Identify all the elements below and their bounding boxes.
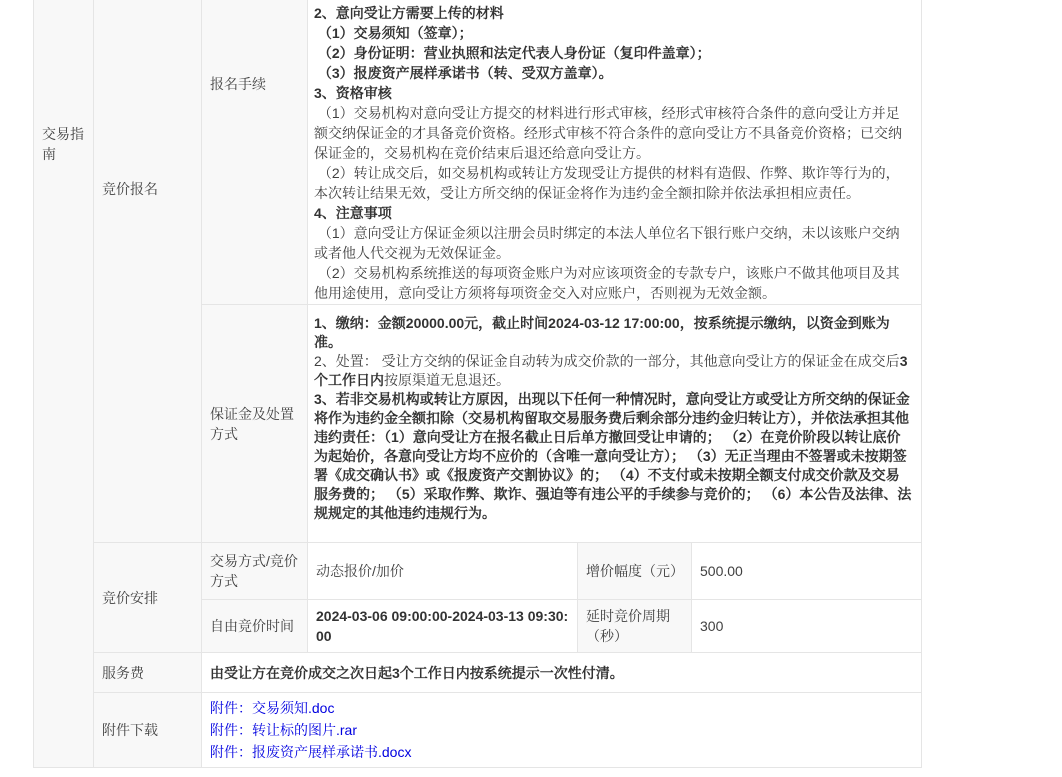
paragraph: 2、处置： 受让方交纳的保证金自动转为成交价款的一部分，其他意向受让方的保证金在… xyxy=(314,352,913,390)
delay-cycle-value: 300 xyxy=(692,618,921,634)
deposit-label: 保证金及处置方式 xyxy=(202,404,307,444)
trade-mode-value-cell: 动态报价/加价 xyxy=(308,543,578,600)
delay-cycle-label-cell: 延时竞价周期（秒） xyxy=(578,600,692,653)
guide-label: 交易指南 xyxy=(42,124,87,164)
free-bidding-time-label: 自由竞价时间 xyxy=(202,616,300,636)
registration-procedure-content: 2、意向受让方需要上传的材料 （1）交易须知（签章）； （2）身份证明：营业执照… xyxy=(308,0,922,305)
bidding-arrangement-cell: 竞价安排 xyxy=(94,543,202,653)
free-bidding-time-value-cell: 2024-03-06 09:00:00-2024-03-13 09:30:00 xyxy=(308,600,578,653)
deposit-content: 1、缴纳：金额20000.00元，截止时间2024-03-12 17:00:00… xyxy=(308,305,922,543)
paragraph: （1）交易须知（签章）； xyxy=(314,23,913,43)
bidding-registration-cell: 竞价报名 xyxy=(94,0,202,543)
increment-value-cell: 500.00 xyxy=(692,543,922,600)
attachments-content-cell: 附件：交易须知.doc附件：转让标的图片.rar附件：报废资产展样承诺书.doc… xyxy=(202,693,922,768)
attachment-link[interactable]: 附件：交易须知.doc xyxy=(210,697,913,719)
paragraph: （2）交易机构系统推送的每项资金账户为对应该项资金的专款专户，该账户不做其他项目… xyxy=(314,263,913,303)
paragraph: （2）身份证明：营业执照和法定代表人身份证（复印件盖章）； xyxy=(314,43,913,63)
registration-procedure-label: 报名手续 xyxy=(210,74,301,94)
free-bidding-time-label-cell: 自由竞价时间 xyxy=(202,600,308,653)
bidding-registration-label: 竞价报名 xyxy=(102,179,195,199)
increment-value: 500.00 xyxy=(692,563,921,579)
registration-procedure-label-cell: 报名手续 xyxy=(202,0,308,305)
paragraph: 4、注意事项 xyxy=(314,203,913,223)
trade-mode-label-cell: 交易方式/竞价方式 xyxy=(202,543,308,600)
paragraph: （2）转让成交后，如交易机构或转让方发现受让方提供的材料有造假、作弊、欺诈等行为… xyxy=(314,163,913,203)
delay-cycle-value-cell: 300 xyxy=(692,600,922,653)
paragraph: 3、若非交易机构或转让方原因，出现以下任何一种情况时，意向受让方或受让方所交纳的… xyxy=(314,390,913,523)
delay-cycle-label: 延时竞价周期（秒） xyxy=(578,606,691,646)
bidding-arrangement-label: 竞价安排 xyxy=(94,588,164,608)
service-fee-label-cell: 服务费 xyxy=(94,653,202,693)
increment-label: 增价幅度（元） xyxy=(578,561,690,581)
deposit-label-cell: 保证金及处置方式 xyxy=(202,305,308,543)
trade-mode-value: 动态报价/加价 xyxy=(308,561,577,581)
attachment-link[interactable]: 附件：报废资产展样承诺书.docx xyxy=(210,741,913,763)
service-fee-label: 服务费 xyxy=(94,663,150,683)
attachment-link[interactable]: 附件：转让标的图片.rar xyxy=(210,719,913,741)
increment-label-cell: 增价幅度（元） xyxy=(578,543,692,600)
paragraph: 1、缴纳：金额20000.00元，截止时间2024-03-12 17:00:00… xyxy=(314,314,913,352)
service-fee-content-cell: 由受让方在竞价成交之次日起3个工作日内按系统提示一次性付清。 xyxy=(202,653,922,693)
paragraph: （1）意向受让方保证金须以注册会员时绑定的本法人单位名下银行账户交纳，未以该账户… xyxy=(314,223,913,263)
guide-column-cell: 交易指南 xyxy=(33,0,94,768)
paragraph: （3）报废资产展样承诺书（转、受双方盖章）。 xyxy=(314,63,913,83)
attachment-links: 附件：交易须知.doc附件：转让标的图片.rar附件：报废资产展样承诺书.doc… xyxy=(202,697,921,763)
free-bidding-time-value: 2024-03-06 09:00:00-2024-03-13 09:30:00 xyxy=(308,606,577,646)
service-fee-value: 由受让方在竞价成交之次日起3个工作日内按系统提示一次性付清。 xyxy=(202,663,921,683)
attachments-label: 附件下载 xyxy=(94,720,164,740)
paragraph: 2、意向受让方需要上传的材料 xyxy=(314,3,913,23)
trade-guide-table: 交易指南 竞价报名 报名手续 2、意向受让方需要上传的材料 （1）交易须知（签章… xyxy=(0,0,1062,777)
trade-mode-label: 交易方式/竞价方式 xyxy=(202,551,307,591)
attachments-label-cell: 附件下载 xyxy=(94,693,202,768)
paragraph: 3、资格审核 xyxy=(314,83,913,103)
paragraph: （1）交易机构对意向受让方提交的材料进行形式审核，经形式审核符合条件的意向受让方… xyxy=(314,103,913,163)
